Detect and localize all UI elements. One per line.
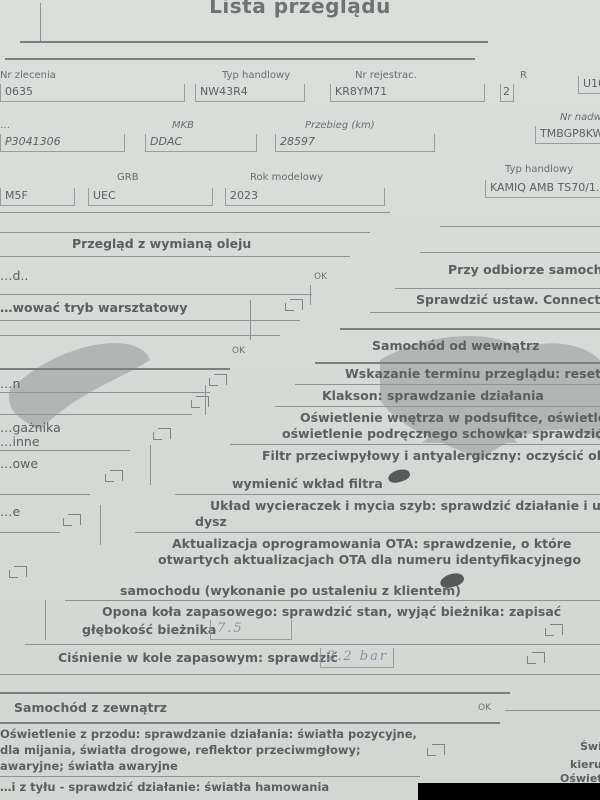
before-delivery-title: Przy odbiorze samochodu — [448, 262, 600, 277]
divider — [20, 41, 488, 43]
interior-item: Wskazanie terminu przeglądu: resetowanie — [345, 366, 600, 381]
divider — [0, 532, 60, 533]
checkbox-checked-icon[interactable] — [432, 744, 445, 755]
divider — [0, 368, 230, 370]
divider — [315, 362, 600, 364]
vin-label: … — [0, 120, 10, 131]
divider — [0, 294, 312, 295]
interior-item-cabin-filter: Filtr przeciwpyłowy i antyalergiczny: oc… — [262, 448, 600, 463]
exterior-item: dla mijania, światła drogowe, reflektor … — [0, 743, 361, 757]
divider — [420, 252, 600, 253]
trade-type-field[interactable]: NW43R4 — [195, 84, 305, 102]
divider — [135, 532, 600, 533]
divider — [40, 3, 41, 41]
checkbox-checked-icon[interactable] — [68, 514, 81, 525]
page-title: Lista przeglądu — [0, 0, 600, 18]
model-year-field[interactable]: 2023 — [225, 188, 385, 206]
divider — [0, 674, 600, 675]
checkbox-checked-icon[interactable] — [532, 652, 545, 663]
interior-item: oświetlenie podręcznego schowka: sprawdz… — [282, 426, 600, 441]
divider — [205, 385, 206, 415]
order-no-label: Nr zlecenia — [0, 70, 56, 81]
divider — [0, 414, 192, 415]
checkbox-checked-icon[interactable] — [14, 566, 27, 577]
model-year-label: Rok modelowy — [250, 172, 323, 183]
left-item-workshop-mode: …wować tryb warsztatowy — [0, 300, 188, 315]
grb-label: GRB — [117, 172, 139, 183]
exterior-item-front-lights: Oświetlenie z przodu: sprawdzanie działa… — [0, 727, 417, 741]
divider — [250, 300, 251, 340]
interior-item-spare-tire: Opona koła zapasowego: sprawdzić stan, w… — [102, 604, 561, 619]
divider — [340, 328, 600, 330]
interior-item: wymienić wkład filtra — [232, 476, 383, 491]
interior-item: Oświetlenie wnętrza w podsufitce, oświet… — [300, 410, 600, 425]
ok-status: OK — [478, 703, 491, 713]
checkbox-checked-icon[interactable] — [158, 428, 171, 439]
checkbox-checked-icon[interactable] — [290, 299, 303, 310]
oil-service-title: Przegląd z wymianą oleju — [72, 236, 251, 251]
connect-check-item: Sprawdzić ustaw. Connect i al… — [416, 292, 600, 307]
divider — [0, 692, 510, 694]
divider — [150, 445, 151, 485]
mileage-label: Przebieg (km) — [305, 120, 375, 131]
divider — [175, 494, 600, 495]
chassis-field[interactable]: TMBGP8KW — [535, 126, 600, 144]
divider — [505, 710, 600, 711]
left-item: …inne — [0, 434, 40, 449]
tread-depth-field[interactable]: 7.5 — [210, 620, 292, 640]
divider — [440, 226, 600, 227]
interior-item: samochodu (wykonanie po ustaleniu z klie… — [120, 583, 461, 598]
exterior-item: awaryjne; światła awaryjne — [0, 759, 178, 773]
divider — [395, 288, 600, 289]
divider — [45, 600, 46, 640]
divider — [65, 600, 600, 601]
divider — [100, 505, 101, 545]
mileage-field[interactable]: 28597 — [275, 134, 435, 152]
gearbox-field[interactable]: M5F — [0, 188, 75, 206]
divider — [295, 384, 600, 385]
divider — [310, 285, 311, 305]
image-occlusion — [418, 783, 600, 800]
vin-field[interactable]: P3041306 — [0, 134, 125, 152]
trade-type-label: Typ handlowy — [222, 70, 290, 81]
divider — [370, 312, 600, 313]
grb-field[interactable]: UEC — [88, 188, 213, 206]
left-item: …owe — [0, 456, 38, 471]
divider — [0, 256, 350, 257]
exterior-item-rear-lights: …i z tyłu - sprawdzić działanie: światła… — [0, 780, 329, 794]
left-item: …n — [0, 376, 20, 391]
left-item: …e — [0, 504, 20, 519]
divider — [0, 722, 500, 724]
order-no-field[interactable]: 0635 — [0, 84, 185, 102]
divider — [0, 392, 210, 393]
interior-item: dysz — [195, 514, 227, 529]
interior-item-horn: Klakson: sprawdzanie działania — [322, 388, 544, 403]
divider — [0, 232, 370, 233]
mkb-label: MKB — [172, 120, 194, 131]
divider — [0, 320, 300, 321]
r-field[interactable]: 2 — [500, 84, 514, 102]
left-item-trunk: …gażnika — [0, 420, 61, 435]
interior-item: głębokość bieżnika — [82, 622, 216, 637]
right-top-field[interactable]: U10 — [578, 76, 600, 94]
checkbox-checked-icon[interactable] — [110, 470, 123, 481]
checkbox-checked-icon[interactable] — [214, 374, 227, 385]
divider — [0, 494, 90, 495]
checklist-paper: Lista przeglądu Nr zlecenia 0635 Typ han… — [0, 0, 600, 800]
r-label: R — [520, 70, 527, 81]
chassis-label: Nr nadwozia — [560, 112, 600, 123]
divider — [0, 776, 420, 777]
interior-item-ota: Aktualizacja oprogramowania OTA: sprawdz… — [172, 536, 571, 551]
divider — [25, 644, 600, 645]
trade-type-2-label: Typ handlowy — [505, 164, 573, 175]
interior-item-spare-pressure: Ciśnienie w kole zapasowym: sprawdzić — [58, 650, 338, 665]
divider — [5, 58, 475, 60]
interior-item: otwartych aktualizacjach OTA dla numeru … — [158, 552, 581, 567]
ok-status: OK — [314, 272, 327, 282]
trade-type-2-field[interactable]: KAMIQ AMB TS70/1. — [485, 180, 600, 198]
registration-label: Nr rejestrac. — [355, 70, 417, 81]
ok-status: OK — [232, 346, 245, 356]
spare-pressure-field[interactable]: 2.2 bar — [320, 648, 394, 668]
divider — [0, 335, 280, 336]
checkbox-checked-icon[interactable] — [196, 396, 209, 407]
mkb-field[interactable]: DDAC — [145, 134, 257, 152]
divider — [230, 444, 600, 445]
divider — [0, 212, 390, 213]
interior-item-wipers: Układ wycieraczek i mycia szyb: sprawdzi… — [210, 498, 600, 513]
interior-title: Samochód od wewnątrz — [372, 338, 539, 353]
divider — [0, 450, 130, 451]
checkbox-checked-icon[interactable] — [550, 624, 563, 635]
right-edge-fragment: Świ… — [580, 740, 600, 753]
registration-field[interactable]: KR8YM71 — [330, 84, 485, 102]
left-item: …d.. — [0, 268, 28, 283]
right-edge-fragment: kierun… — [570, 758, 600, 771]
exterior-title: Samochód z zewnątrz — [14, 700, 167, 715]
divider — [275, 406, 600, 407]
